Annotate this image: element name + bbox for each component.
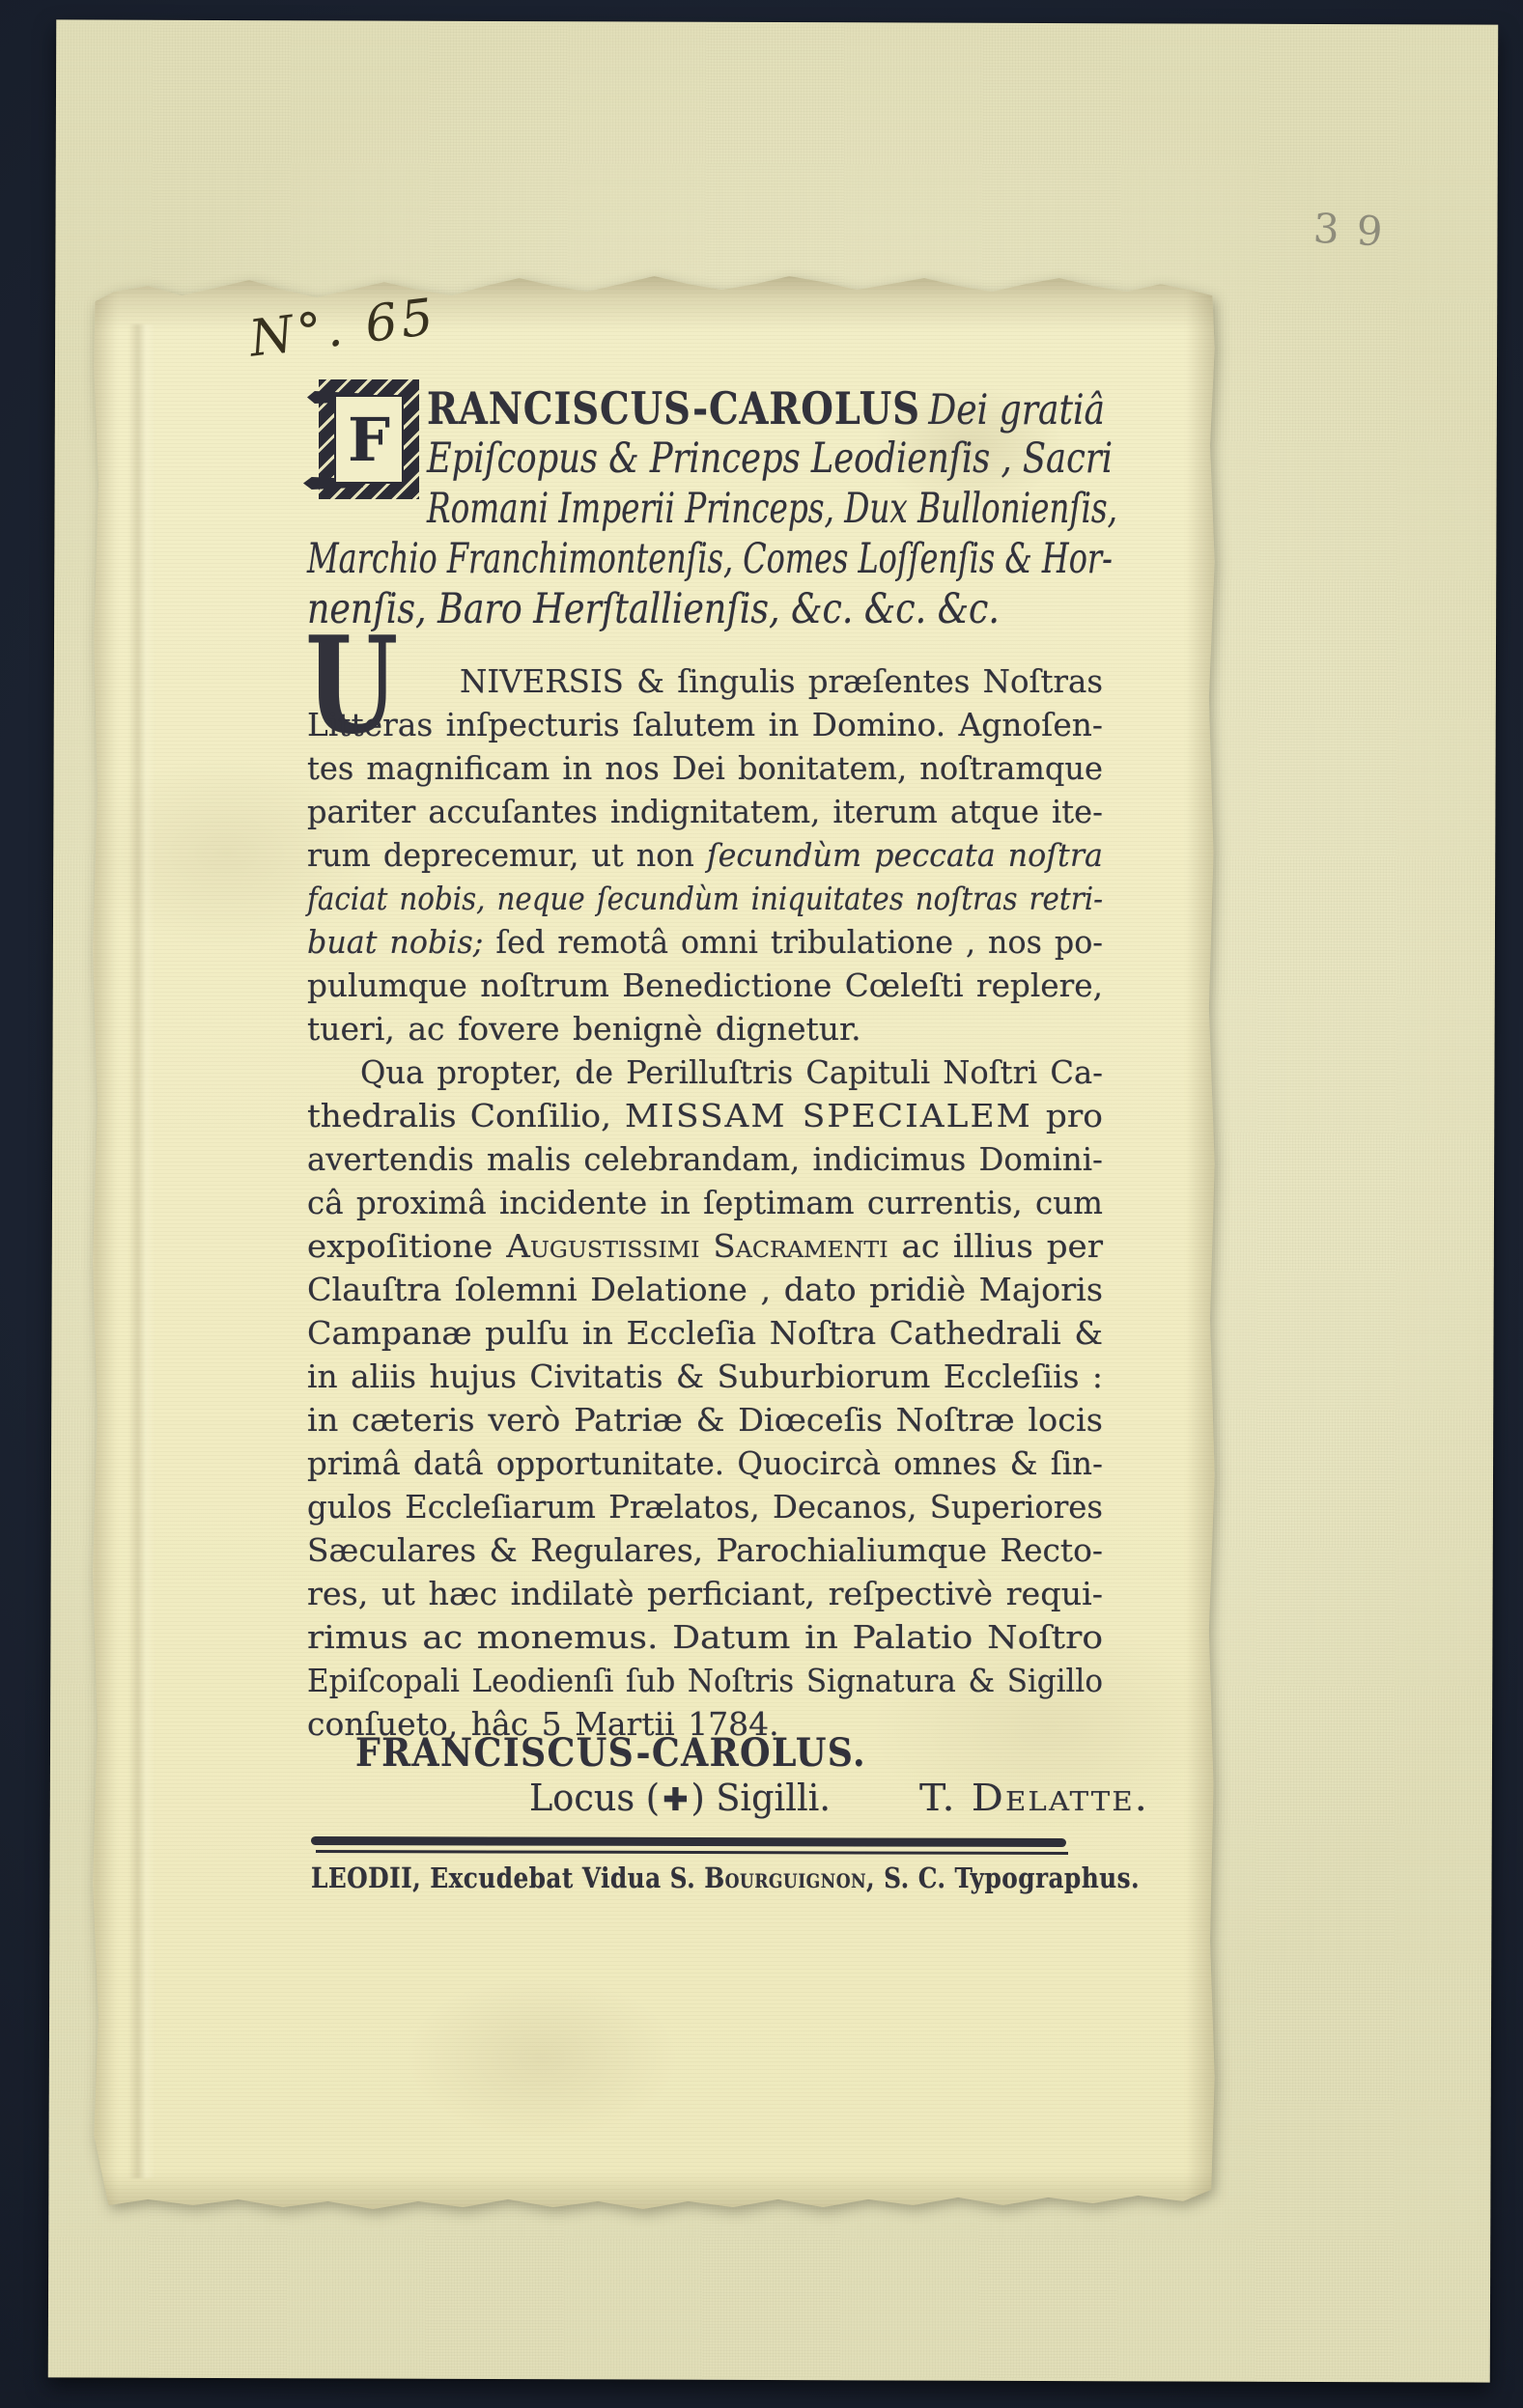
body-line: gulos Eccleſiarum Prælatos, Decanos, Sup… <box>307 1485 1109 1528</box>
body-line: Sæculares & Regulares, Parochialiumque R… <box>307 1528 1109 1572</box>
body-line: thedralis Conſilio, MISSAM SPECIALEM pro <box>307 1094 1109 1137</box>
body-line: Campanæ pulſu in Eccleſia Noſtra Cathedr… <box>307 1311 1109 1355</box>
body-line: in cæteris verò Patriæ & Diœceſis Noſtræ… <box>307 1398 1109 1442</box>
body-line: Qua propter, de Perilluſtris Capituli No… <box>360 1050 1109 1094</box>
scan-page: 39 N°. 65 F RANCISCUS-CAROLUS Dei gratiâ… <box>0 0 1523 2408</box>
body-line: in aliis hujus Civitatis & Suburbiorum E… <box>307 1355 1109 1398</box>
heading-line: Romani Imperii Princeps, Dux Bullonienſi… <box>427 484 1118 534</box>
body-line: Litteras inſpecturis ſalutem in Domino. … <box>307 703 1109 746</box>
body-line: Clauſtra ſolemni Delatione , dato pridiè… <box>307 1268 1109 1311</box>
body-line: pulumque noſtrum Benedictione Cœleſti re… <box>307 964 1109 1007</box>
signature-name: FRANCISCUS-CAROLUS. <box>355 1730 919 1776</box>
secretary-name: T. Delatte. <box>919 1777 1132 1819</box>
body-text: NIVERSIS & ſingulis præſentes Noſtras Li… <box>307 659 1109 1746</box>
torn-edge-bottom-shading <box>92 2172 1217 2213</box>
body-line: tes magnificam in nos Dei bonitatem, noſ… <box>307 746 1109 790</box>
heading-line: nenſis, Baro Herſtallienſis, &c. &c. &c. <box>307 584 1118 634</box>
paper-crease <box>128 324 155 2178</box>
body-line: tueri, ac fovere benignè dignetur. <box>307 1007 1109 1050</box>
body-line: NIVERSIS & ſingulis præſentes Noſtras <box>460 659 1109 703</box>
body-line: câ proximâ incidente in ſeptimam current… <box>307 1181 1109 1224</box>
seal-cross-icon: ✚ <box>660 1780 691 1818</box>
heading-line: RANCISCUS-CAROLUS Dei gratiâ <box>427 383 1118 434</box>
colophon: LEODII, Excudebat Vidua S. Bourguignon, … <box>311 1862 1281 1894</box>
body-line: expoſitione Augustissimi Sacramenti ac i… <box>307 1224 1109 1268</box>
body-line: primâ datâ opportunitate. Quocircà omnes… <box>307 1442 1109 1485</box>
body-line: buat nobis; ſed remotâ omni tribulatione… <box>307 920 1109 964</box>
document-heading: RANCISCUS-CAROLUS Dei gratiâ Epiſcopus &… <box>307 383 1118 634</box>
heading-line: Epiſcopus & Princeps Leodienſis , Sacri <box>427 434 1118 484</box>
title-style: Dei gratiâ <box>928 386 1105 434</box>
paper-edge-left-shading <box>92 270 117 2213</box>
body-line: avertendis malis celebrandam, indicimus … <box>307 1137 1109 1181</box>
body-line: res, ut hæc indilatè perficiant, reſpect… <box>307 1572 1109 1615</box>
body-line: faciat nobis, neque ſecundùm iniquitates… <box>307 877 1109 920</box>
body-line: Epiſcopali Leodienſi ſub Noſtris Signatu… <box>307 1659 1109 1702</box>
heading-line: Marchio Franchimontenſis, Comes Loſſenſi… <box>307 534 1118 584</box>
body-line: pariter accuſantes indignitatem, iterum … <box>307 790 1109 833</box>
title-name: RANCISCUS-CAROLUS <box>427 382 920 434</box>
paper-edge-right-shading <box>1186 270 1217 2213</box>
body-line: rimus ac monemus. Datum in Palatio Noſtr… <box>307 1615 1109 1659</box>
seal-locus: Locus (✚) Sigilli. <box>529 1777 842 1819</box>
body-line: rum deprecemur, ut non ſecundùm peccata … <box>307 833 1109 877</box>
pencil-archive-number: 39 <box>1312 205 1401 257</box>
